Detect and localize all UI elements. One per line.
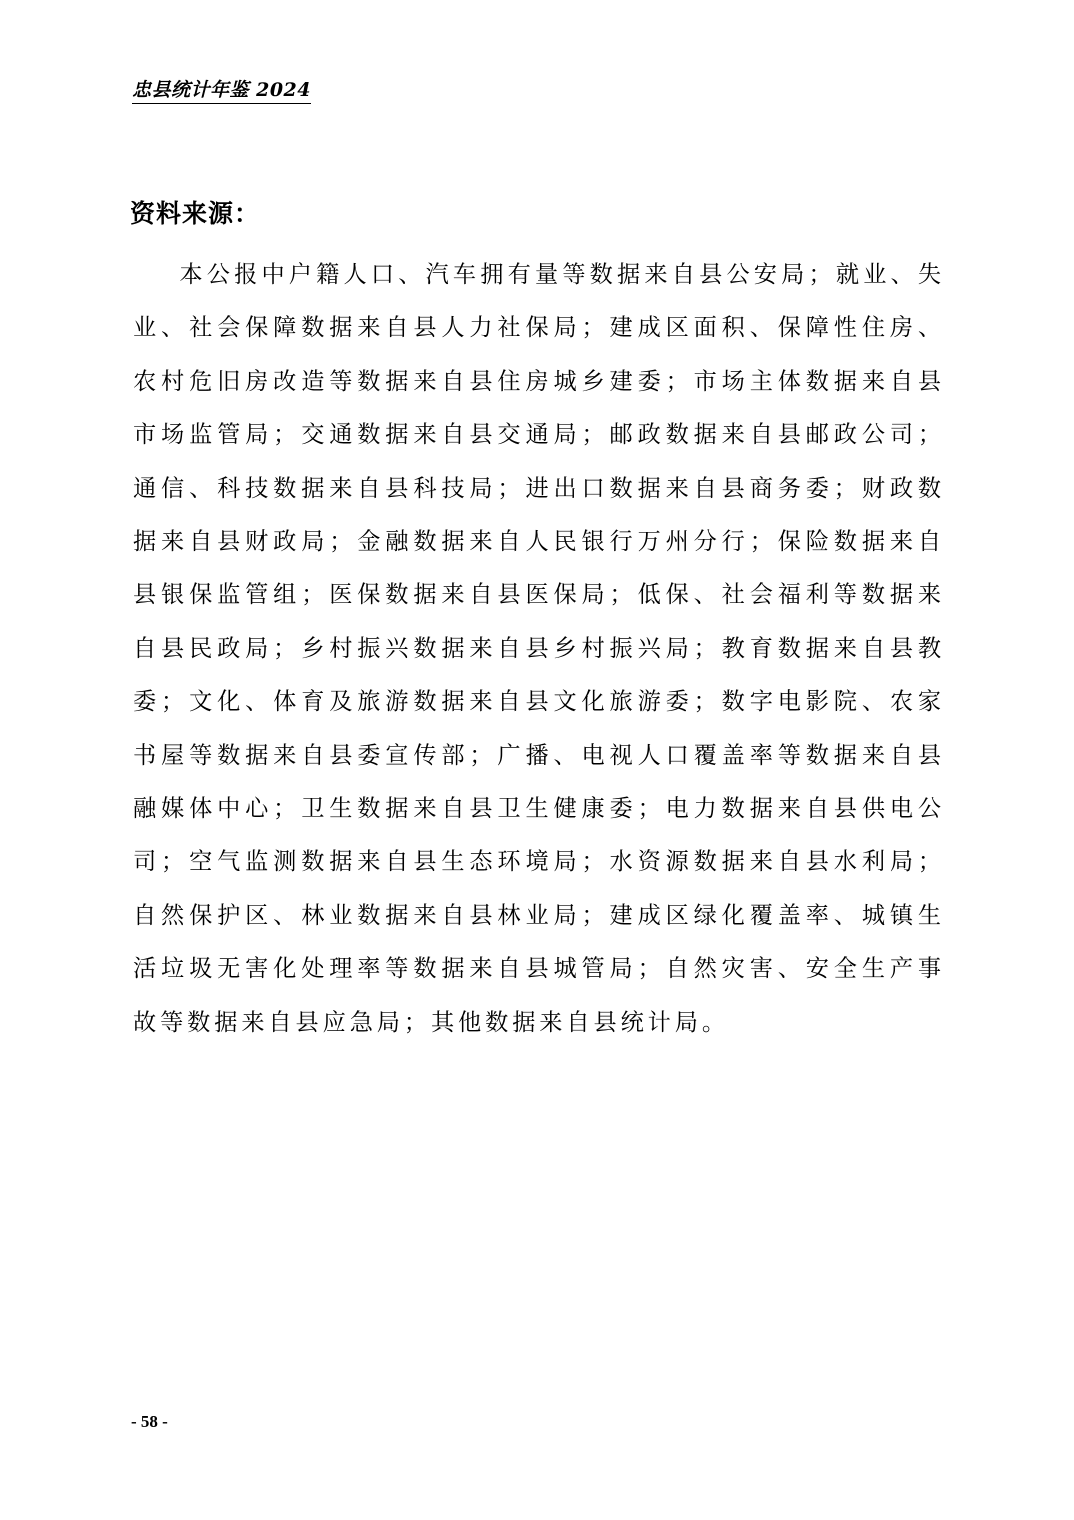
running-header-title: 忠县统计年鉴 2024 <box>132 78 311 104</box>
section-title: 资料来源： <box>130 197 260 231</box>
data-sources-paragraph: 本公报中户籍人口、汽车拥有量等数据来自县公安局；就业、失业、社会保障数据来自县人… <box>133 248 945 1049</box>
page-number: - 58 - <box>131 1411 168 1433</box>
